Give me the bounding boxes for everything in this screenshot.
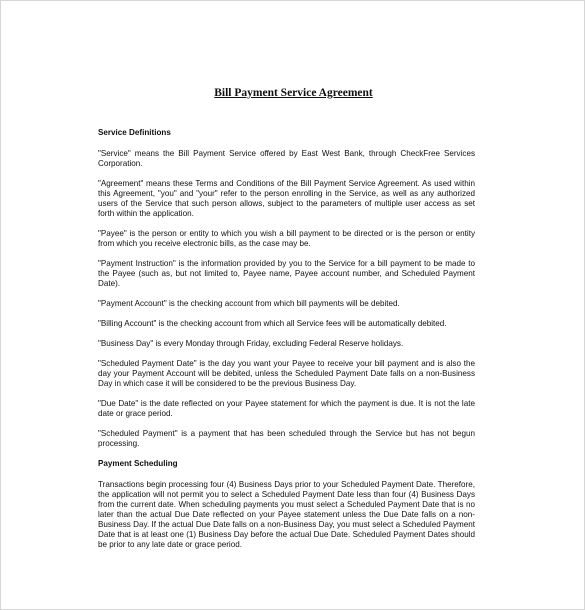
definition-payment-account: "Payment Account" is the checking accoun… bbox=[98, 299, 475, 309]
definition-scheduled-payment: "Scheduled Payment" is a payment that ha… bbox=[98, 429, 475, 449]
section-heading-payment-scheduling: Payment Scheduling bbox=[98, 459, 475, 469]
definition-due-date: "Due Date" is the date reflected on your… bbox=[98, 399, 475, 419]
definition-agreement: "Agreement" means these Terms and Condit… bbox=[98, 179, 475, 219]
definition-business-day: "Business Day" is every Monday through F… bbox=[98, 339, 475, 349]
definition-service: "Service" means the Bill Payment Service… bbox=[98, 149, 475, 169]
definition-payee: "Payee" is the person or entity to which… bbox=[98, 229, 475, 249]
document-page: Bill Payment Service Agreement Service D… bbox=[0, 0, 585, 610]
document-title: Bill Payment Service Agreement bbox=[1, 87, 585, 99]
definition-scheduled-payment-date: "Scheduled Payment Date" is the day you … bbox=[98, 359, 475, 389]
document-body: Service Definitions "Service" means the … bbox=[98, 128, 475, 560]
payment-scheduling-paragraph: Transactions begin processing four (4) B… bbox=[98, 480, 475, 550]
definition-billing-account: "Billing Account" is the checking accoun… bbox=[98, 319, 475, 329]
section-heading-service-definitions: Service Definitions bbox=[98, 128, 475, 138]
definition-payment-instruction: "Payment Instruction" is the information… bbox=[98, 259, 475, 289]
